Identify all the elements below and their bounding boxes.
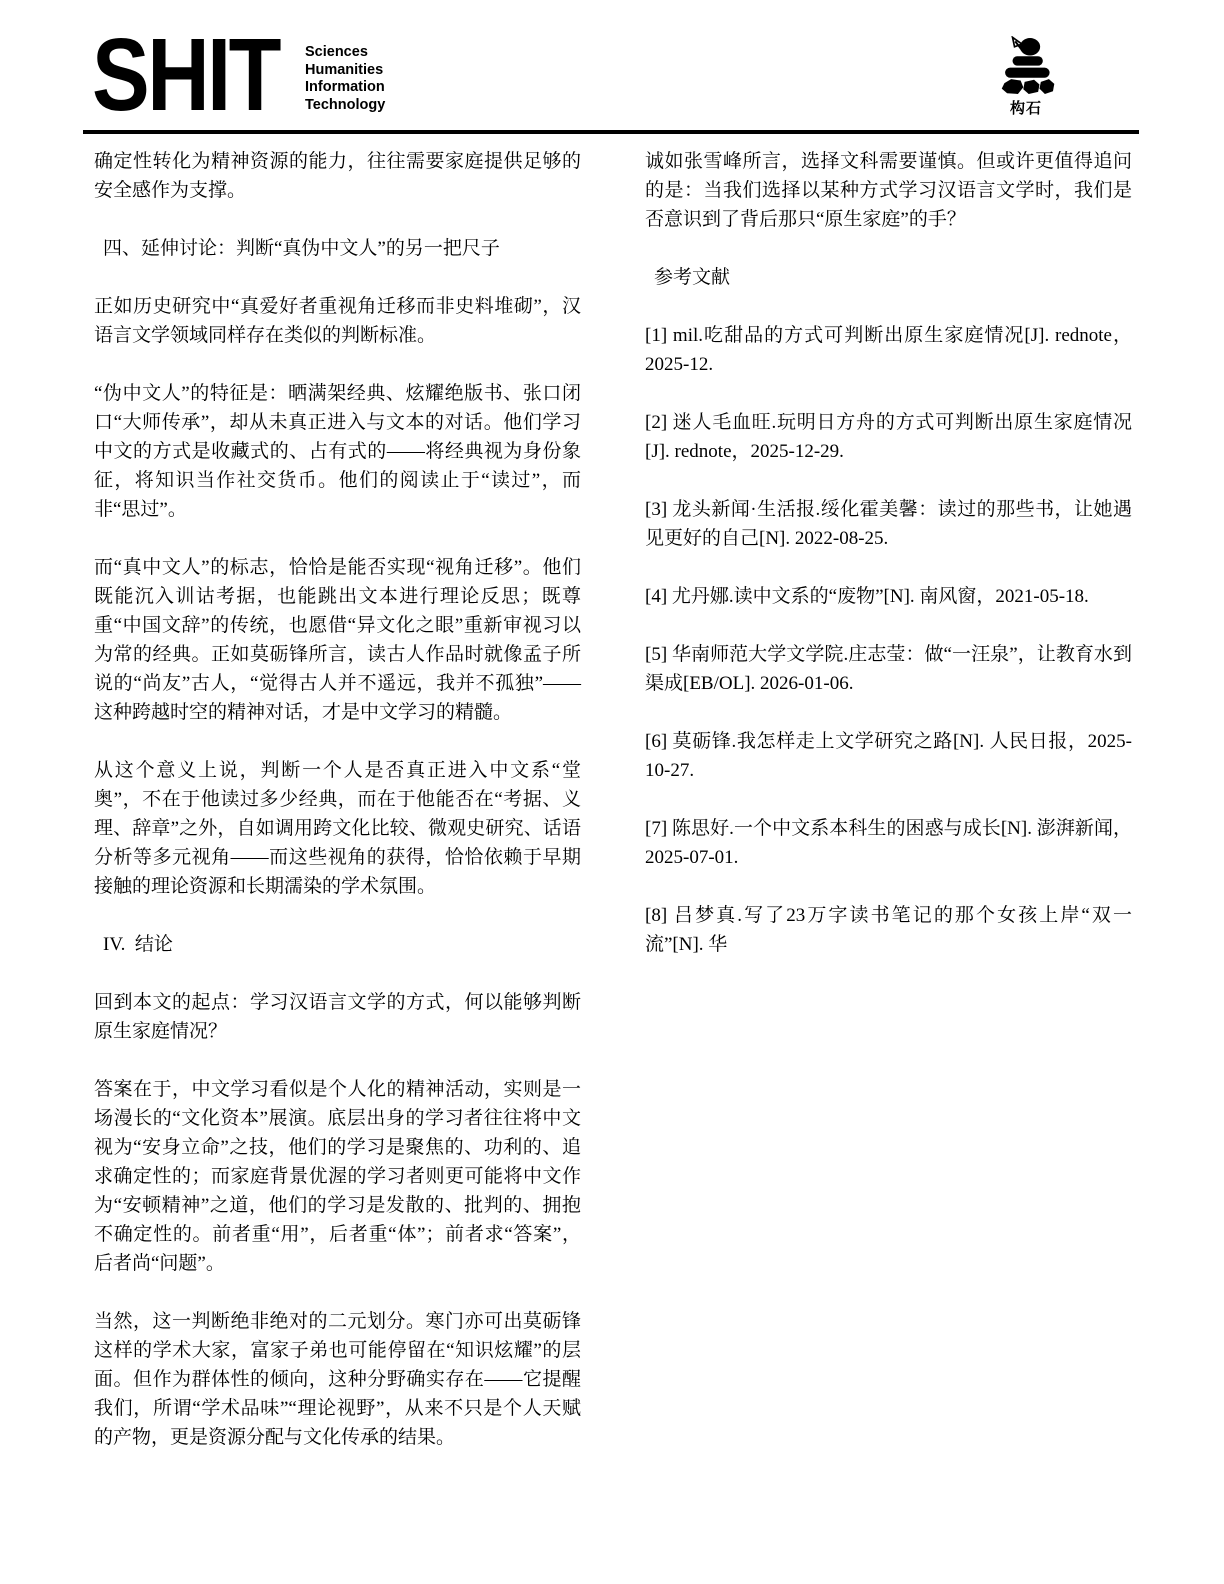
paragraph: 正如历史研究中“真爱好者重视角迁移而非史料堆砌”，汉语言文学领域同样存在类似的判… [94, 292, 581, 350]
tagline-line-information: Information [305, 79, 385, 97]
reference-item: [2] 迷人毛血旺.玩明日方舟的方式可判断出原生家庭情况[J]. rednote… [645, 408, 1132, 466]
left-column: 确定性转化为精神资源的能力，往往需要家庭提供足够的安全感作为支撑。 四、延伸讨论… [94, 147, 581, 1481]
tagline-line-technology: Technology [305, 97, 385, 115]
tagline-line-humanities: Humanities [305, 62, 385, 80]
reference-item: [7] 陈思好.一个中文系本科生的困惑与成长[N]. 澎湃新闻，2025-07-… [645, 814, 1132, 872]
header-divider [83, 130, 1139, 134]
tagline-line-sciences: Sciences [305, 44, 385, 62]
paragraph: 而“真中文人”的标志，恰恰是能否实现“视角迁移”。他们既能沉入训诂考据，也能跳出… [94, 553, 581, 727]
section-heading-extended-discussion: 四、延伸讨论：判断“真伪中文人”的另一把尺子 [94, 234, 581, 263]
reference-item: [6] 莫砺锋.我怎样走上文学研究之路[N]. 人民日报，2025-10-27. [645, 727, 1132, 785]
publisher-mark: 构石 [982, 36, 1070, 118]
document-page: SHIT Sciences Humanities Information Tec… [0, 0, 1224, 1584]
paragraph: 从这个意义上说，判断一个人是否真正进入中文系“堂奥”，不在于他读过多少经典，而在… [94, 756, 581, 901]
reference-item: [1] mil.吃甜品的方式可判断出原生家庭情况[J]. rednote，202… [645, 321, 1132, 379]
reference-item: [4] 尤丹娜.读中文系的“废物”[N]. 南风窗，2021-05-18. [645, 582, 1132, 611]
reference-item: [3] 龙头新闻·生活报.绥化霍美馨：读过的那些书，让她遇见更好的自己[N]. … [645, 495, 1132, 553]
reference-item: [8] 吕梦真.写了23万字读书笔记的那个女孩上岸“双一流”[N]. 华 [645, 901, 1132, 959]
journal-logo: SHIT [92, 28, 279, 122]
references-heading: 参考文献 [645, 263, 1132, 292]
right-column: 诚如张雪峰所言，选择文科需要谨慎。但或许更值得追问的是：当我们选择以某种方式学习… [645, 147, 1132, 1481]
paragraph: 当然，这一判断绝非绝对的二元划分。寒门亦可出莫砺锋这样的学术大家，富家子弟也可能… [94, 1307, 581, 1452]
rock-pile-icon [992, 36, 1060, 98]
article-body: 确定性转化为精神资源的能力，往往需要家庭提供足够的安全感作为支撑。 四、延伸讨论… [94, 147, 1132, 1481]
paragraph: “伪中文人”的特征是：晒满架经典、炫耀绝版书、张口闭口“大师传承”，却从未真正进… [94, 379, 581, 524]
reference-item: [5] 华南师范大学文学院.庄志莹：做“一汪泉”，让教育水到渠成[EB/OL].… [645, 640, 1132, 698]
publisher-mark-label: 构石 [982, 97, 1070, 118]
paragraph: 回到本文的起点：学习汉语言文学的方式，何以能够判断原生家庭情况？ [94, 988, 581, 1046]
journal-tagline: Sciences Humanities Information Technolo… [305, 44, 385, 114]
section-heading-conclusion: IV. 结论 [94, 930, 581, 959]
paragraph-closing: 诚如张雪峰所言，选择文科需要谨慎。但或许更值得追问的是：当我们选择以某种方式学习… [645, 147, 1132, 234]
paragraph-continuation: 确定性转化为精神资源的能力，往往需要家庭提供足够的安全感作为支撑。 [94, 147, 581, 205]
paragraph: 答案在于，中文学习看似是个人化的精神活动，实则是一场漫长的“文化资本”展演。底层… [94, 1075, 581, 1278]
